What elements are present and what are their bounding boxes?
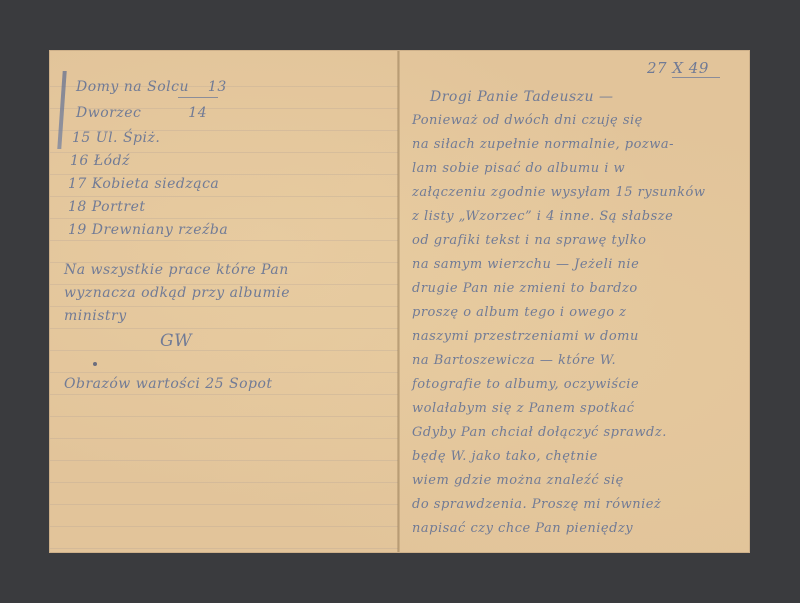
letter-body-line: proszę o album tego i owego z bbox=[412, 305, 627, 320]
letter-body-line: napisać czy chce Pan pieniędzy bbox=[412, 521, 633, 536]
letter-body-line: naszymi przestrzeniami w domu bbox=[412, 329, 639, 344]
letter-body-line: na siłach zupełnie normalnie, pozwa- bbox=[412, 137, 674, 152]
list-item: Domy na Solcu 13 bbox=[76, 79, 227, 95]
letter-body-line: lam sobie pisać do albumu i w bbox=[412, 161, 625, 176]
list-item-text: Domy na Solcu bbox=[76, 79, 189, 95]
letter-greeting: Drogi Panie Tadeuszu — bbox=[430, 89, 614, 105]
list-item: 17 Kobieta siedząca bbox=[68, 176, 219, 192]
list-item: Dworzec 14 bbox=[76, 105, 207, 121]
letter-body-line: wolałabym się z Panem spotkać bbox=[412, 401, 634, 416]
note-line: Na wszystkie prace które Pan bbox=[64, 262, 289, 278]
list-item: 19 Drewniany rzeźba bbox=[68, 222, 228, 238]
list-item-number: 15 bbox=[72, 130, 91, 146]
left-page: Domy na Solcu 13 Dworzec 14 15 Ul. Śpiż.… bbox=[50, 51, 398, 552]
footer-note-line: Obrazów wartości 25 Sopot bbox=[64, 376, 273, 392]
letter-body-line: na Bartoszewicza — które W. bbox=[412, 353, 616, 368]
letter-body-line: wiem gdzie można znaleźć się bbox=[412, 473, 624, 488]
letter-body-line: będę W. jako tako, chętnie bbox=[412, 449, 598, 464]
letter-body-line: na samym wierzchu — Jeżeli nie bbox=[412, 257, 639, 272]
list-item-number: 14 bbox=[188, 105, 207, 121]
letter-body-line: do sprawdzenia. Proszę mi również bbox=[412, 497, 661, 512]
list-item: 18 Portret bbox=[68, 199, 145, 215]
letter-body-line: od grafiki tekst i na sprawę tylko bbox=[412, 233, 646, 248]
letter-body-line: załączeniu zgodnie wysyłam 15 rysunków bbox=[412, 185, 706, 200]
list-item-text: Portret bbox=[92, 199, 146, 215]
list-item: 16 Łódź bbox=[70, 153, 130, 169]
letter-sheet: Domy na Solcu 13 Dworzec 14 15 Ul. Śpiż.… bbox=[50, 51, 749, 552]
note-line: ministry bbox=[64, 308, 127, 324]
list-item-number: 18 bbox=[68, 199, 87, 215]
pencil-dot bbox=[93, 362, 97, 366]
list-item-text: Łódź bbox=[94, 153, 130, 169]
list-item-number: 17 bbox=[68, 176, 87, 192]
letter-body-line: fotografie to albumy, oczywiście bbox=[412, 377, 639, 392]
letter-body-line: Gdyby Pan chciał dołączyć sprawdz. bbox=[412, 425, 667, 440]
list-item-number: 19 bbox=[68, 222, 87, 238]
underline bbox=[672, 77, 720, 78]
list-item-number: 13 bbox=[208, 79, 227, 95]
list-item-number: 16 bbox=[70, 153, 89, 169]
initials-signature: GW bbox=[160, 331, 192, 351]
list-item-text: Drewniany rzeźba bbox=[92, 222, 228, 238]
list-item-text: Dworzec bbox=[76, 105, 141, 121]
margin-pencil-mark bbox=[57, 71, 66, 149]
right-page: 27 X 49 Drogi Panie Tadeuszu — Ponieważ … bbox=[400, 51, 749, 552]
list-item-text: Kobieta siedząca bbox=[92, 176, 219, 192]
letter-body-line: Ponieważ od dwóch dni czuję się bbox=[412, 113, 643, 128]
list-item-text: Ul. Śpiż. bbox=[96, 130, 161, 146]
list-item: 15 Ul. Śpiż. bbox=[72, 130, 160, 146]
underline bbox=[178, 97, 218, 98]
letter-body-line: drugie Pan nie zmieni to bardzo bbox=[412, 281, 638, 296]
letter-date: 27 X 49 bbox=[647, 59, 709, 77]
note-line: wyznacza odkąd przy albumie bbox=[64, 285, 290, 301]
letter-body-line: z listy „Wzorzec” i 4 inne. Są słabsze bbox=[412, 209, 673, 224]
